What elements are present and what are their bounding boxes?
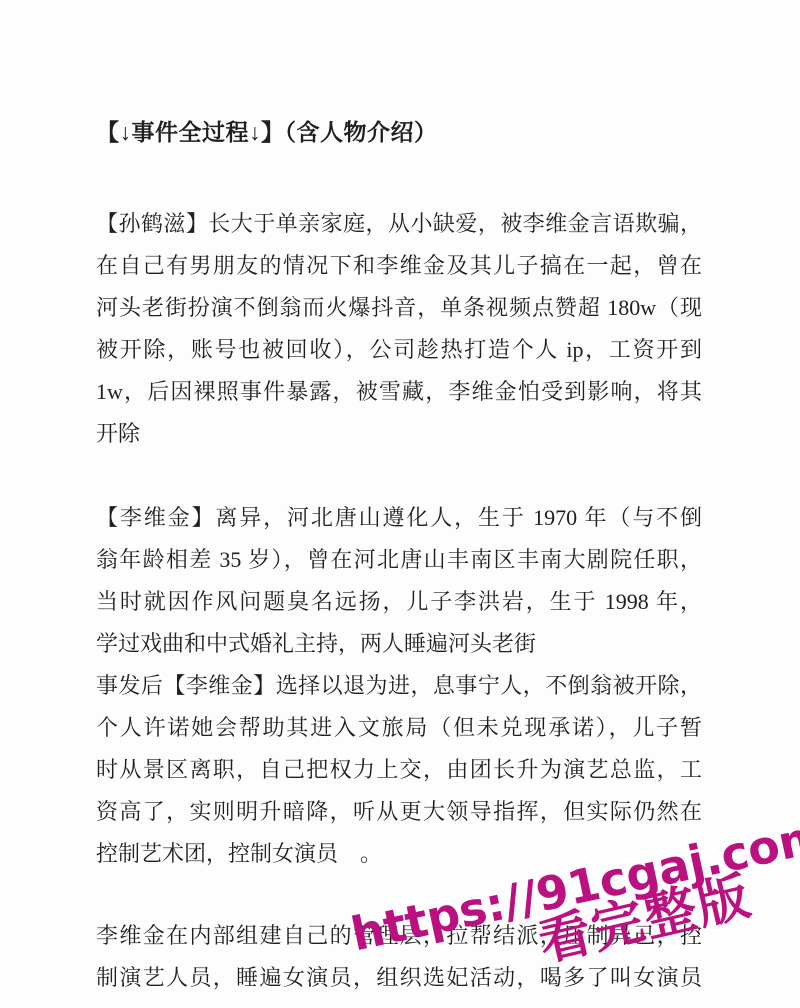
paragraph-li-weijin-faction: 李维金在内部组建自己的管理层，拉帮结派，压制异己，控制演艺人员，睡遍女演员，组织… [96,915,702,999]
text-line: 【孙鹤滋】长大于单亲家庭，从小缺爱，被李维金言语欺骗， [96,203,702,245]
text-line: 事发后【李维金】选择以退为进，息事宁人，不倒翁被开除， [96,665,702,707]
text-line: 翁年龄相差 35 岁），曾在河北唐山丰南区丰南大剧院任职， [96,539,702,581]
text-line: 时从景区离职，自己把权力上交，由团长升为演艺总监，工 [96,749,702,791]
document-page: 【↓事件全过程↓】（含人物介绍） 【孙鹤滋】长大于单亲家庭，从小缺爱，被李维金言… [0,0,800,1008]
paragraph-sun-hezi-intro: 【孙鹤滋】长大于单亲家庭，从小缺爱，被李维金言语欺骗，在自己有男朋友的情况下和李… [96,203,702,455]
text-line: 控制艺术团，控制女演员 。 [96,833,702,875]
text-line: 开除 [96,413,702,455]
paragraph-li-weijin-intro: 【李维金】离异，河北唐山遵化人，生于 1970 年（与不倒翁年龄相差 35 岁）… [96,497,702,875]
text-line: 制演艺人员，睡遍女演员，组织选妃活动，喝多了叫女演员 [96,957,702,999]
text-line: 河头老街扮演不倒翁而火爆抖音，单条视频点赞超 180w（现 [96,287,702,329]
text-line: 个人许诺她会帮助其进入文旅局（但未兑现承诺），儿子暂 [96,707,702,749]
text-line: 资高了，实则明升暗降，听从更大领导指挥，但实际仍然在 [96,791,702,833]
text-line: 【李维金】离异，河北唐山遵化人，生于 1970 年（与不倒 [96,497,702,539]
text-line: 学过戏曲和中式婚礼主持，两人睡遍河头老街 [96,623,702,665]
text-line: 被开除，账号也被回收），公司趁热打造个人 ip，工资开到 [96,329,702,371]
page-title: 【↓事件全过程↓】（含人物介绍） [96,114,438,147]
text-line: 在自己有男朋友的情况下和李维金及其儿子搞在一起，曾在 [96,245,702,287]
text-line: 当时就因作风问题臭名远扬，儿子李洪岩，生于 1998 年， [96,581,702,623]
text-line: 1w，后因裸照事件暴露，被雪藏，李维金怕受到影响，将其 [96,371,702,413]
text-line: 李维金在内部组建自己的管理层，拉帮结派，压制异己，控 [96,915,702,957]
